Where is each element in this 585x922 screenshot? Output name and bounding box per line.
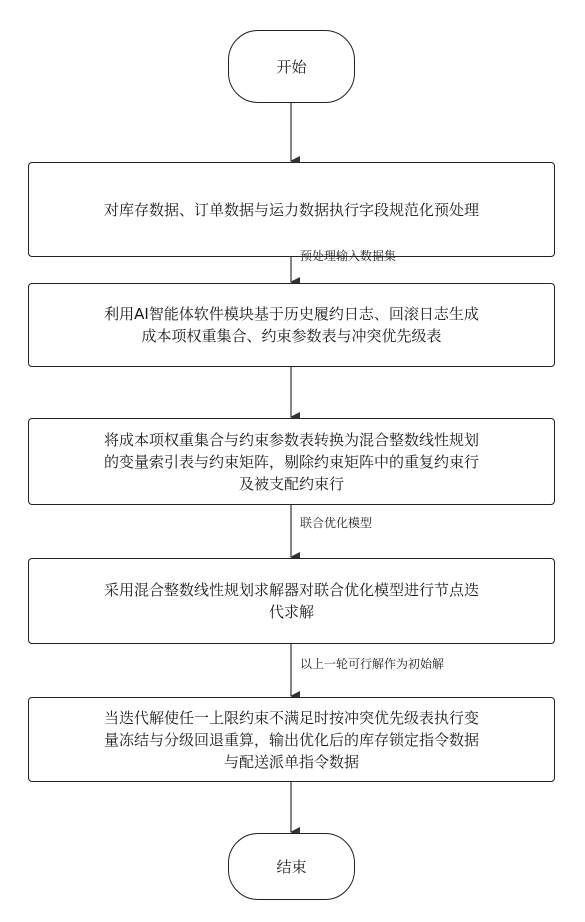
step-3-line-2: 的变量索引表与约束矩阵，剔除约束矩阵中的重复约束行 xyxy=(104,451,479,473)
edge-label-joint-optimization-model: 联合优化模型 xyxy=(300,514,372,531)
step-5-freeze-rollback-output: 当迭代解使任一上限约束不满足时按冲突优先级表执行变 量冻结与分级回退重算，输出优… xyxy=(28,697,555,782)
edge-label-preprocessed-dataset: 预处理输入数据集 xyxy=(300,247,396,264)
step-4-line-2: 代求解 xyxy=(104,601,479,623)
end-terminal: 结束 xyxy=(228,833,355,900)
start-label: 开始 xyxy=(276,56,306,77)
step-5-line-2: 量冻结与分级回退重算，输出优化后的库存锁定指令数据 xyxy=(104,729,479,751)
step-1-line-1: 对库存数据、订单数据与运力数据执行字段规范化预处理 xyxy=(104,199,479,221)
end-label: 结束 xyxy=(276,856,306,877)
step-5-line-3: 与配送派单指令数据 xyxy=(104,751,479,773)
step-4-milp-solve: 采用混合整数线性规划求解器对联合优化模型进行节点迭 代求解 xyxy=(28,558,555,644)
step-5-line-1: 当迭代解使任一上限约束不满足时按冲突优先级表执行变 xyxy=(104,707,479,729)
edge-label-previous-feasible-solution: 以上一轮可行解作为初始解 xyxy=(300,655,444,672)
step-1-preprocess: 对库存数据、订单数据与运力数据执行字段规范化预处理 xyxy=(28,162,555,257)
start-terminal: 开始 xyxy=(228,30,355,103)
step-3-line-3: 及被支配约束行 xyxy=(104,473,479,495)
step-2-line-2: 成本项权重集合、约束参数表与冲突优先级表 xyxy=(104,325,479,347)
step-3-convert-milp: 将成本项权重集合与约束参数表转换为混合整数线性规划 的变量索引表与约束矩阵，剔除… xyxy=(28,418,555,505)
step-4-line-1: 采用混合整数线性规划求解器对联合优化模型进行节点迭 xyxy=(104,579,479,601)
step-3-line-1: 将成本项权重集合与约束参数表转换为混合整数线性规划 xyxy=(104,429,479,451)
step-2-line-1: 利用AI智能体软件模块基于历史履约日志、回滚日志生成 xyxy=(104,303,479,325)
step-2-ai-agent-generate: 利用AI智能体软件模块基于历史履约日志、回滚日志生成 成本项权重集合、约束参数表… xyxy=(28,283,555,367)
